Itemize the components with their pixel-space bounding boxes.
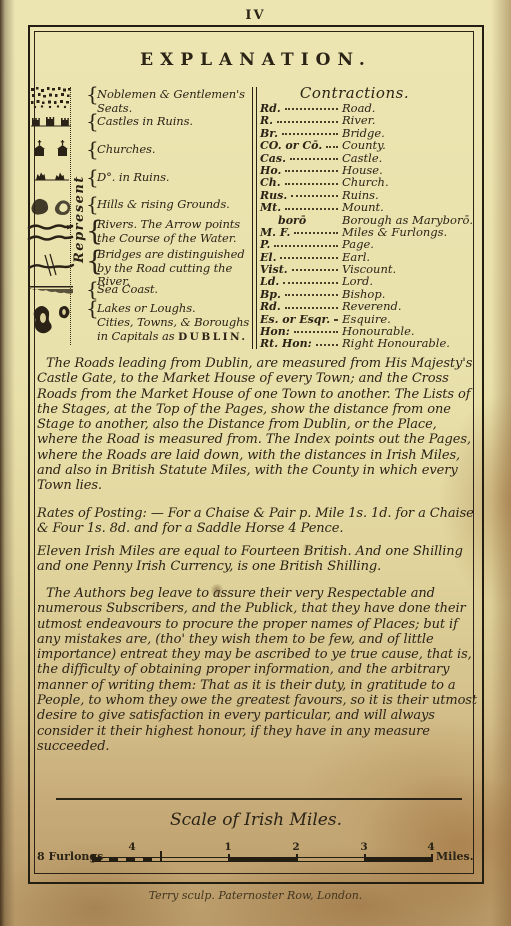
leader-dots: [294, 232, 338, 234]
contraction-row: M. F.Miles & Furlongs.: [260, 225, 467, 237]
scanned-document-page: IV EXPLANATION.: [0, 0, 511, 926]
contraction-row: Rt. Hon:Right Honourable.: [260, 336, 467, 348]
contraction-row: Rd.Reverend.: [260, 299, 467, 311]
legend-label-seats: Noblemen & Gentlemen's Seats.: [97, 88, 255, 115]
contraction-row: borōBorough as Maryborō.: [260, 213, 467, 225]
scale-tick: [364, 854, 366, 862]
contraction-abbr: Vist.: [260, 263, 288, 276]
contraction-abbr: Rus.: [260, 189, 287, 202]
contraction-abbr: CO. or Cō.: [260, 139, 322, 152]
section-divider: [56, 798, 462, 800]
page-title: EXPLANATION.: [28, 50, 484, 70]
scale-tick: [296, 854, 298, 862]
contraction-abbr: Bp.: [260, 288, 281, 301]
scale-tick-label: 4: [122, 841, 142, 853]
contraction-abbr: M. F.: [260, 226, 290, 239]
cities-line: Cities, Towns, & Boroughs: [97, 315, 249, 329]
contractions-list: Rd.Road. R.River. Br.Bridge. CO. or Cō.C…: [260, 101, 467, 349]
contraction-row: CO. or Cō.County.: [260, 138, 467, 150]
contraction-abbr: Cas.: [260, 152, 286, 165]
contraction-row: Br.Bridge.: [260, 126, 467, 138]
leader-dots: [277, 121, 338, 123]
contraction-abbr: Ho.: [260, 164, 281, 177]
leader-dots: [285, 183, 338, 185]
contraction-abbr: P.: [260, 238, 270, 251]
contraction-row: R.River.: [260, 113, 467, 125]
contraction-abbr: Hon:: [260, 325, 290, 338]
engraver-credit: Terry sculp. Paternoster Row, London.: [0, 889, 511, 902]
contraction-row: Hon:Honourable.: [260, 324, 467, 336]
scale-segment: [109, 857, 118, 862]
scale-tick-label: 2: [286, 841, 306, 853]
contraction-abbr: R.: [260, 114, 273, 127]
leader-dots: [316, 344, 338, 346]
leader-dots: [282, 133, 338, 135]
contraction-abbr: Rd.: [260, 102, 281, 115]
contraction-abbr: Rd.: [260, 300, 281, 313]
contraction-row: Bp.Bishop.: [260, 287, 467, 299]
contraction-abbr: Ld.: [260, 275, 279, 288]
contraction-row: Mt.Mount.: [260, 200, 467, 212]
scale-segment: [364, 857, 432, 862]
leader-dots: [292, 269, 338, 271]
scale-tick: [431, 854, 433, 862]
leader-dots: [280, 257, 338, 259]
church-icon: [33, 138, 71, 158]
contraction-row: Rd.Road.: [260, 101, 467, 113]
legend-label-lakes: Lakes or Loughs.: [97, 302, 255, 316]
lakes-icon: [31, 300, 75, 336]
paragraph-authors: The Authors beg leave to assure their ve…: [37, 586, 479, 754]
scale-segment: [228, 857, 296, 862]
contractions-heading: Contractions.: [262, 84, 447, 102]
scale-segment: [126, 857, 135, 862]
contraction-row: Cas.Castle.: [260, 151, 467, 163]
contraction-row: Ch.Church.: [260, 175, 467, 187]
contraction-row: Es. or Esqr.Esquire.: [260, 312, 467, 324]
contraction-row: El.Earl.: [260, 250, 467, 262]
contraction-abbr: Es. or Esqr.: [260, 313, 330, 326]
contraction-term: Right Honourable.: [342, 336, 467, 350]
legend-dotted-divider: [70, 87, 71, 345]
leader-dots: [294, 331, 338, 333]
legend-label-cities: Cities, Towns, & Boroughs in Capitals as…: [97, 316, 255, 344]
miles-label: Miles.: [436, 850, 474, 863]
scale-segment: [143, 857, 152, 862]
scale-tick-label: 1: [218, 841, 238, 853]
hills-icon: [29, 192, 75, 220]
legend-label-churches: Churches.: [97, 143, 255, 157]
leader-dots: [291, 195, 338, 197]
scale-tick: [92, 854, 94, 862]
seats-icon: [30, 86, 72, 110]
contraction-abbr: Ch.: [260, 176, 281, 189]
leader-dots: [285, 294, 338, 296]
leader-dots: [285, 208, 338, 210]
legend-label-sea-coast: Sea Coast.: [97, 283, 255, 297]
legend-label-castles: Castles in Ruins.: [97, 115, 255, 129]
scale-tick: [228, 854, 230, 862]
contraction-abbr: Mt.: [260, 201, 281, 214]
legend-label-hills: Hills & rising Grounds.: [97, 198, 255, 212]
contraction-abbr: Br.: [260, 127, 278, 140]
leader-dots: [326, 146, 338, 148]
sea-coast-icon: [29, 284, 73, 296]
capitals-prefix: in Capitals as: [97, 329, 175, 343]
leader-dots: [285, 108, 338, 110]
contraction-row: Vist.Viscount.: [260, 262, 467, 274]
contraction-row: Rus.Ruins.: [260, 188, 467, 200]
scale-bar: 4 1 2 3 4: [92, 846, 432, 864]
scale-tick-label: 3: [354, 841, 374, 853]
paragraph-miles: Eleven Irish Miles are equal to Fourteen…: [37, 544, 479, 575]
contraction-row: Ld.Lord.: [260, 274, 467, 286]
leader-dots: [290, 158, 338, 160]
contraction-row: Ho.House.: [260, 163, 467, 175]
represent-label: Represent: [72, 138, 87, 300]
legend-label-rivers: Rivers. The Arrow points the Course of t…: [97, 218, 255, 245]
contraction-row: P.Page.: [260, 237, 467, 249]
castle-ruins-icon: [31, 112, 71, 128]
leader-dots: [274, 245, 338, 247]
leader-dots: [285, 170, 338, 172]
bridge-icon: [27, 252, 75, 278]
scale-title: Scale of Irish Miles.: [28, 810, 484, 830]
dublin-example: DUBLIN.: [178, 331, 248, 343]
scale-tick: [160, 851, 162, 862]
leader-dots: [334, 319, 338, 321]
legend-label-ruins: D°. in Ruins.: [97, 171, 255, 185]
leader-dots: [285, 307, 338, 309]
contraction-abbr: Rt. Hon:: [260, 337, 312, 350]
ruins-icon: [35, 168, 69, 182]
river-icon: [27, 222, 75, 246]
contraction-abbr: borō: [260, 214, 306, 227]
paragraph-rates: Rates of Posting: — For a Chaise & Pair …: [37, 506, 479, 537]
folio-number: IV: [0, 8, 511, 23]
contraction-abbr: El.: [260, 251, 276, 264]
leader-dots: [283, 282, 338, 284]
paragraph-roads: The Roads leading from Dublin, are measu…: [37, 356, 479, 494]
